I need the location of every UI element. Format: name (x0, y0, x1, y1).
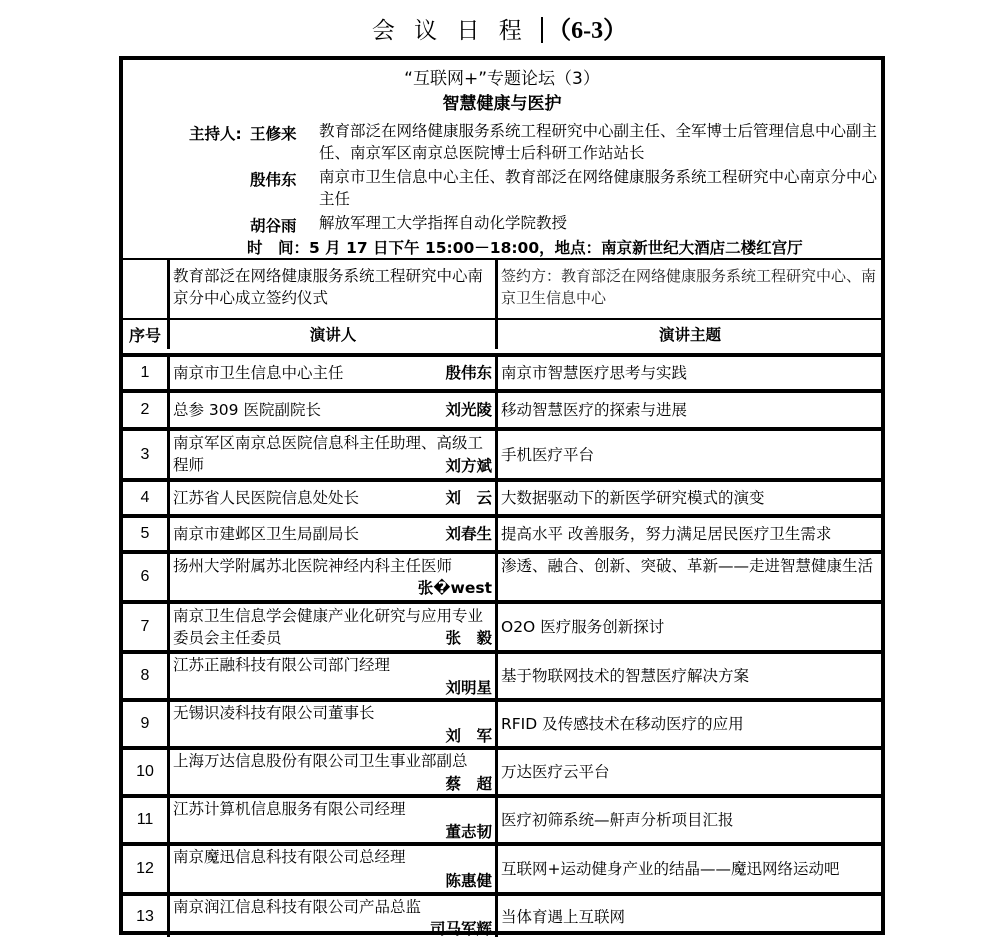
topic-cell: O2O 医疗服务创新探讨 (495, 604, 881, 650)
hosts-label: 主持人: (189, 122, 242, 144)
topic-cell: 手机医疗平台 (495, 431, 881, 478)
speaker-name: 刘 云 (445, 487, 492, 509)
topic-cell: 互联网+运动健身产业的结晶——魔迅网络运动吧 (495, 846, 881, 892)
schedule-frame: “互联网+”专题论坛（3） 智慧健康与医护 主持人: 王修来 教育部泛在网络健康… (119, 56, 885, 935)
speaker-title: 南京魔迅信息科技有限公司总经理 (173, 846, 493, 868)
speaker-name: 刘春生 (445, 523, 492, 545)
speaker-cell: 南京魔迅信息科技有限公司总经理陈惠健 (167, 846, 495, 892)
table-row: 13 南京润江信息科技有限公司产品总监司马军辉 当体育遇上互联网 (123, 892, 881, 937)
header-speaker: 演讲人 (167, 320, 495, 349)
topic-cell: 提高水平 改善服务，努力满足居民医疗卫生需求 (495, 518, 881, 550)
host-desc: 解放军理工大学指挥自动化学院教授 (319, 212, 879, 234)
host-name: 王修来 (250, 122, 297, 144)
header-topic: 演讲主题 (495, 320, 881, 349)
header-seq: 序号 (123, 320, 167, 349)
speaker-cell: 南京卫生信息学会健康产业化研究与应用专业委员会主任委员张 毅 (167, 604, 495, 650)
row-seq: 9 (123, 702, 167, 746)
row-seq: 8 (123, 654, 167, 698)
speaker-title: 南京润江信息科技有限公司产品总监 (173, 896, 493, 918)
row-seq: 3 (123, 431, 167, 478)
topic-cell: 当体育遇上互联网 (495, 896, 881, 937)
row-seq: 13 (123, 896, 167, 937)
speaker-cell: 南京润江信息科技有限公司产品总监司马军辉 (167, 896, 495, 937)
row-seq: 12 (123, 846, 167, 892)
title-divider (541, 17, 543, 43)
signing-parties: 签约方：教育部泛在网络健康服务系统工程研究中心、南京卫生信息中心 (495, 260, 881, 320)
table-row: 7 南京卫生信息学会健康产业化研究与应用专业委员会主任委员张 毅 O2O 医疗服… (123, 600, 881, 650)
topic-cell: 万达医疗云平台 (495, 750, 881, 794)
speaker-cell: 南京军区南京总医院信息科主任助理、高级工程师刘方斌 (167, 431, 495, 478)
table-row: 5 南京市建邺区卫生局副局长刘春生 提高水平 改善服务，努力满足居民医疗卫生需求 (123, 514, 881, 550)
topic-cell: 基于物联网技术的智慧医疗解决方案 (495, 654, 881, 698)
table-row: 4 江苏省人民医院信息处处长刘 云 大数据驱动下的新医学研究模式的演变 (123, 478, 881, 514)
page-title-text: 会 议 日 程 (372, 18, 528, 44)
row-seq: 4 (123, 482, 167, 514)
speaker-name: 刘明星 (445, 677, 492, 699)
speaker-cell: 无锡识凌科技有限公司董事长刘 军 (167, 702, 495, 746)
speaker-name: 刘 军 (445, 725, 492, 747)
host-desc: 教育部泛在网络健康服务系统工程研究中心副主任、全军博士后管理信息中心副主任、南京… (319, 120, 881, 164)
row-seq: 2 (123, 393, 167, 427)
table-row: 3 南京军区南京总医院信息科主任助理、高级工程师刘方斌 手机医疗平台 (123, 427, 881, 478)
speaker-cell: 上海万达信息股份有限公司卫生事业部副总蔡 超 (167, 750, 495, 794)
topic-cell: 大数据驱动下的新医学研究模式的演变 (495, 482, 881, 514)
speaker-name: 董志韧 (445, 821, 492, 843)
speaker-cell: 江苏正融科技有限公司部门经理刘明星 (167, 654, 495, 698)
topic-cell: RFID 及传感技术在移动医疗的应用 (495, 702, 881, 746)
host-name: 胡谷雨 (250, 214, 297, 236)
row-seq: 7 (123, 604, 167, 650)
page-code: （6-3） (547, 18, 627, 44)
row-seq: 1 (123, 357, 167, 389)
speaker-title: 江苏计算机信息服务有限公司经理 (173, 798, 493, 820)
table-row: 12 南京魔迅信息科技有限公司总经理陈惠健 互联网+运动健身产业的结晶——魔迅网… (123, 842, 881, 892)
signing-event: 教育部泛在网络健康服务系统工程研究中心南京分中心成立签约仪式 (167, 260, 495, 320)
speaker-name: 刘方斌 (445, 455, 492, 477)
speaker-cell: 总参 309 医院副院长刘光陵 (167, 393, 495, 427)
forum-intro: “互联网+”专题论坛（3） 智慧健康与医护 主持人: 王修来 教育部泛在网络健康… (123, 60, 881, 258)
forum-subtitle: 智慧健康与医护 (123, 89, 881, 114)
speaker-cell: 南京市卫生信息中心主任殷伟东 (167, 357, 495, 389)
row-seq: 11 (123, 798, 167, 842)
speaker-cell: 江苏计算机信息服务有限公司经理董志韧 (167, 798, 495, 842)
speaker-cell: 江苏省人民医院信息处处长刘 云 (167, 482, 495, 514)
speaker-name: 司马军辉 (430, 918, 492, 940)
table-row: 6 扬州大学附属苏北医院神经内科主任医师张�west 渗透、融合、创新、突破、革… (123, 550, 881, 600)
row-seq: 10 (123, 750, 167, 794)
topic-cell: 渗透、融合、创新、突破、革新——走进智慧健康生活 (495, 554, 881, 600)
speaker-title: 扬州大学附属苏北医院神经内科主任医师 (173, 555, 493, 577)
row-seq: 5 (123, 518, 167, 550)
speaker-title: 上海万达信息股份有限公司卫生事业部副总 (173, 750, 493, 772)
table-row: 11 江苏计算机信息服务有限公司经理董志韧 医疗初筛系统—鼾声分析项目汇报 (123, 794, 881, 842)
host-desc: 南京市卫生信息中心主任、教育部泛在网络健康服务系统工程研究中心南京分中心主任 (319, 166, 881, 210)
page-title: 会 议 日 程 （6-3） (0, 10, 999, 45)
speaker-title: 无锡识凌科技有限公司董事长 (173, 702, 493, 724)
speaker-name: 殷伟东 (445, 362, 492, 384)
speaker-name: 蔡 超 (445, 773, 492, 795)
speaker-name: 张�west (418, 577, 492, 599)
speaker-name: 张 毅 (445, 627, 492, 649)
table-row: 8 江苏正融科技有限公司部门经理刘明星 基于物联网技术的智慧医疗解决方案 (123, 650, 881, 698)
signing-seq-cell (123, 260, 167, 320)
speaker-title: 江苏正融科技有限公司部门经理 (173, 654, 493, 676)
host-name: 殷伟东 (250, 168, 297, 190)
speaker-name: 陈惠健 (445, 870, 492, 892)
table-row: 9 无锡识凌科技有限公司董事长刘 军 RFID 及传感技术在移动医疗的应用 (123, 698, 881, 746)
table-row: 1 南京市卫生信息中心主任殷伟东 南京市智慧医疗思考与实践 (123, 353, 881, 389)
topic-cell: 南京市智慧医疗思考与实践 (495, 357, 881, 389)
table-header-row: 序号 演讲人 演讲主题 (123, 318, 881, 349)
table-row: 2 总参 309 医院副院长刘光陵 移动智慧医疗的探索与进展 (123, 389, 881, 427)
speaker-cell: 扬州大学附属苏北医院神经内科主任医师张�west (167, 554, 495, 600)
topic-cell: 医疗初筛系统—鼾声分析项目汇报 (495, 798, 881, 842)
speaker-name: 刘光陵 (445, 399, 492, 421)
row-seq: 6 (123, 554, 167, 600)
forum-title: “互联网+”专题论坛（3） (123, 64, 881, 89)
speaker-cell: 南京市建邺区卫生局副局长刘春生 (167, 518, 495, 550)
signing-row: 教育部泛在网络健康服务系统工程研究中心南京分中心成立签约仪式 签约方：教育部泛在… (123, 258, 881, 320)
topic-cell: 移动智慧医疗的探索与进展 (495, 393, 881, 427)
time-location: 时 间：5 月 17 日下午 15:00－18:00，地点：南京新世纪大酒店二楼… (247, 236, 803, 258)
table-row: 10 上海万达信息股份有限公司卫生事业部副总蔡 超 万达医疗云平台 (123, 746, 881, 794)
